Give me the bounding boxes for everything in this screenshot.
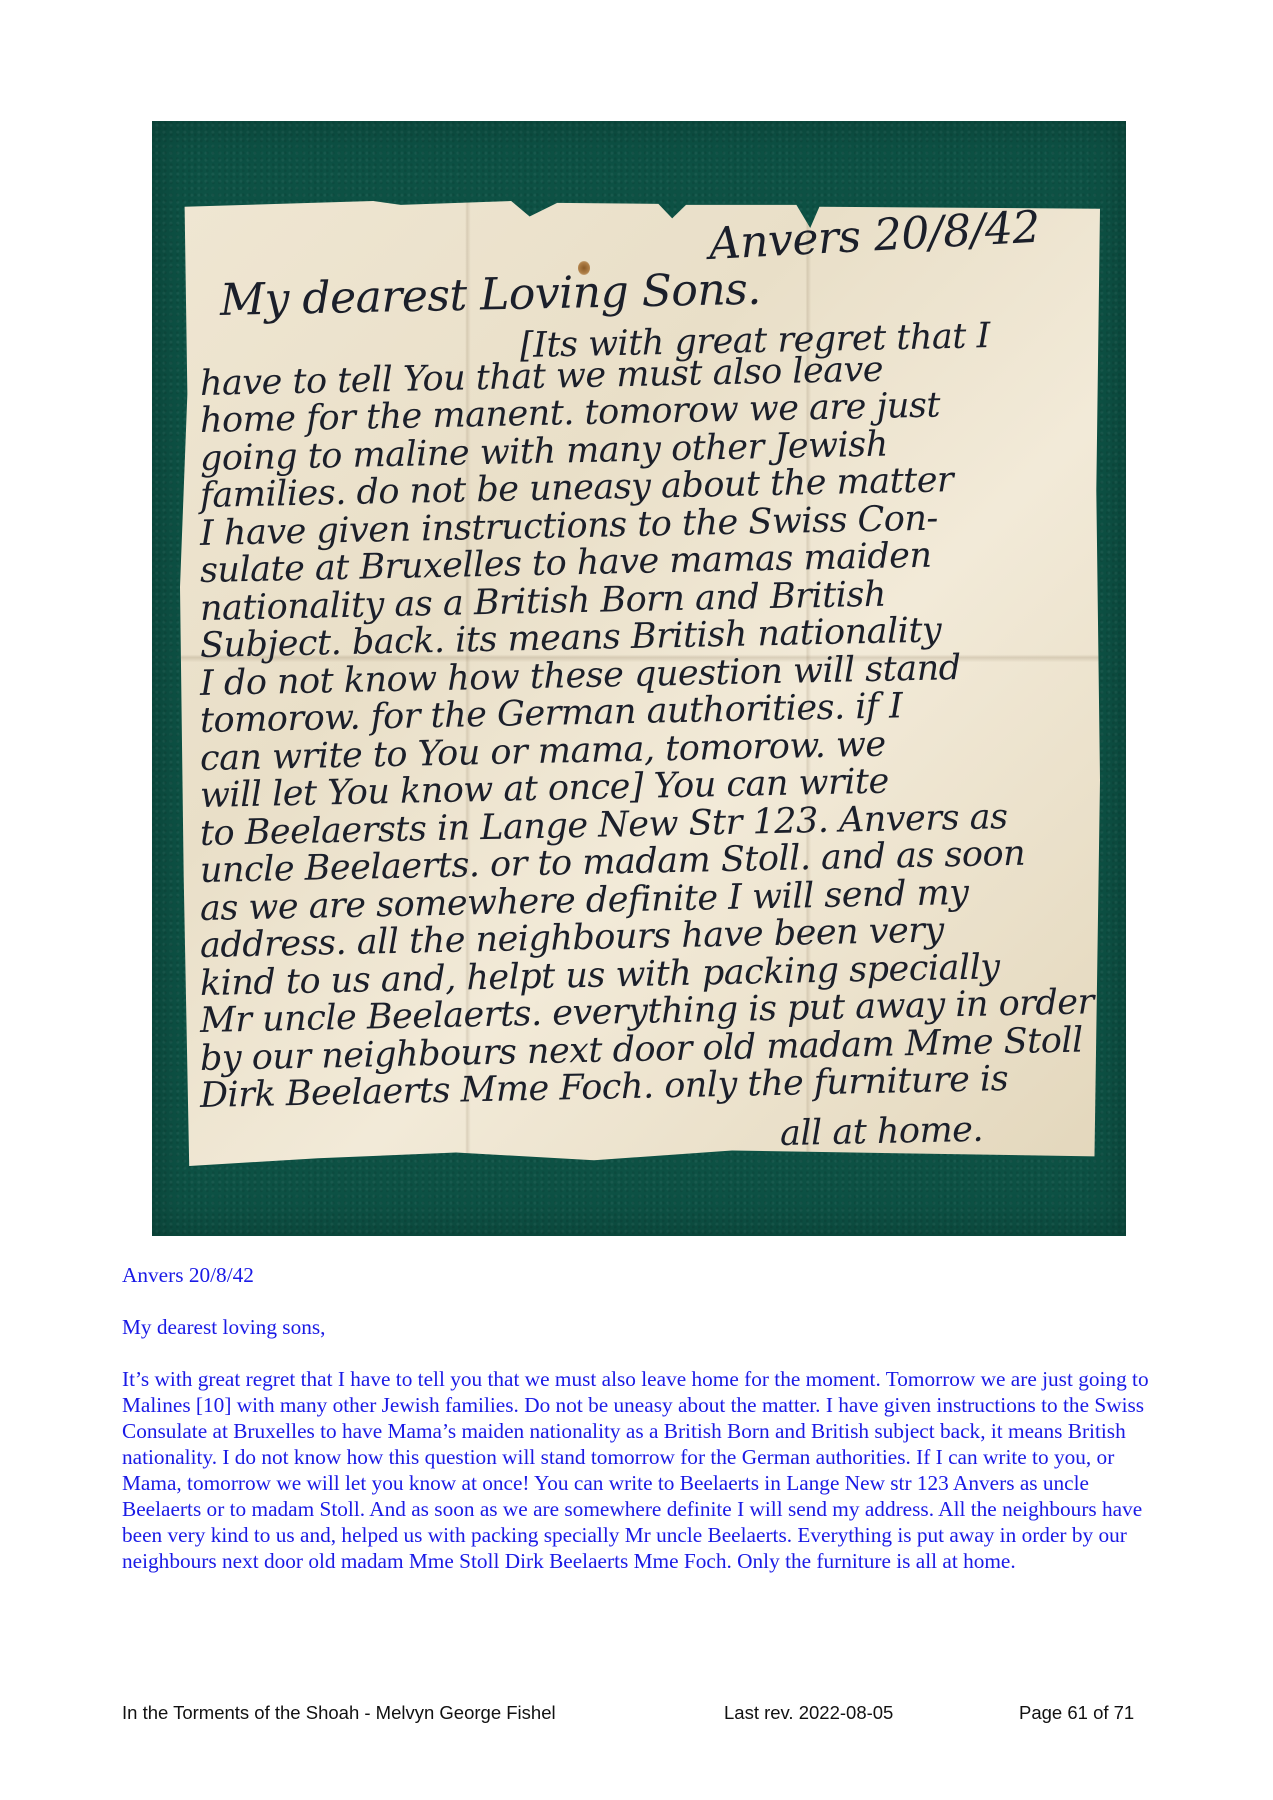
handwritten-line: all at home.	[780, 1110, 1081, 1151]
handwritten-date: Anvers 20/8/42	[708, 206, 1041, 267]
footer-revision-date: Last rev. 2022-08-05	[724, 1702, 893, 1724]
letter-photo: Anvers 20/8/42 My dearest Loving Sons. […	[152, 121, 1126, 1236]
footer-page-number: Page 61 of 71	[1019, 1702, 1134, 1724]
transcription-salutation: My dearest loving sons,	[122, 1314, 1162, 1340]
letter-paper: Anvers 20/8/42 My dearest Loving Sons. […	[180, 201, 1100, 1166]
transcription: Anvers 20/8/42 My dearest loving sons, I…	[122, 1262, 1162, 1574]
footer-document-title: In the Torments of the Shoah - Melvyn Ge…	[122, 1702, 556, 1724]
page-footer: In the Torments of the Shoah - Melvyn Ge…	[122, 1702, 1162, 1728]
handwritten-salutation: My dearest Loving Sons.	[220, 261, 1081, 323]
transcription-body: It’s with great regret that I have to te…	[122, 1366, 1162, 1574]
transcription-date: Anvers 20/8/42	[122, 1262, 1162, 1288]
